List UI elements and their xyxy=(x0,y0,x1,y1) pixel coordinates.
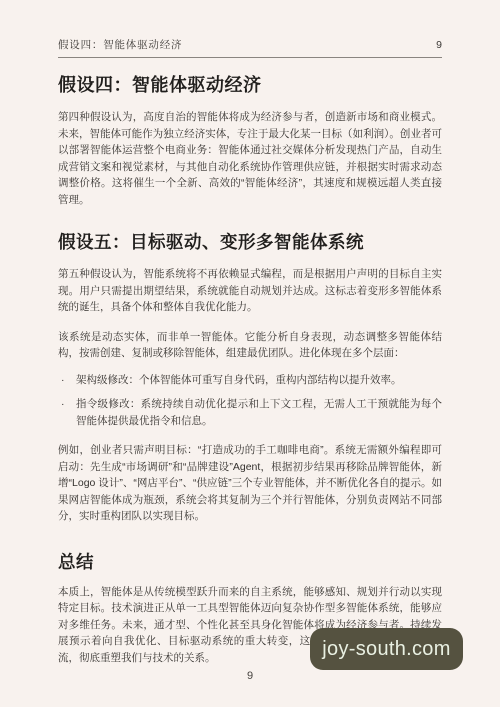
bullet-item: · 指令级修改：系统持续自动优化提示和上下文工程，无需人工干预就能为每个智能体提… xyxy=(58,396,442,429)
bullet-list: · 架构级修改：个体智能体可重写自身代码，重构内部结构以提升效率。 · 指令级修… xyxy=(58,372,442,430)
watermark-badge: joy-south.com xyxy=(310,628,463,670)
bullet-item-text: 指令级修改：系统持续自动优化提示和上下文工程，无需人工干预就能为每个智能体提供最… xyxy=(76,398,442,427)
section-5-heading: 假设五：目标驱动、变形多智能体系统 xyxy=(58,230,442,254)
watermark-label: joy-south.com xyxy=(322,638,450,661)
bullet-icon: · xyxy=(61,372,65,389)
footer-page-number: 9 xyxy=(58,670,442,682)
section-5-paragraph-2: 该系统是动态实体，而非单一智能体。它能分析自身表现，动态调整多智能体结构，按需创… xyxy=(58,329,442,362)
running-header-page-number: 9 xyxy=(436,39,442,51)
bullet-item-text: 架构级修改：个体智能体可重写自身代码，重构内部结构以提升效率。 xyxy=(76,374,402,386)
bullet-item: · 架构级修改：个体智能体可重写自身代码，重构内部结构以提升效率。 xyxy=(58,372,442,389)
section-4-paragraph: 第四种假设认为，高度自治的智能体将成为经济参与者，创造新市场和商业模式。未来，智… xyxy=(58,109,442,208)
running-header: 假设四：智能体驱动经济 9 xyxy=(58,37,442,58)
section-4-heading: 假设四：智能体驱动经济 xyxy=(58,73,442,97)
bullet-icon: · xyxy=(61,396,65,413)
section-5-paragraph-3: 例如，创业者只需声明目标：“打造成功的手工咖啡电商”。系统无需额外编程即可启动：… xyxy=(58,442,442,525)
running-header-title: 假设四：智能体驱动经济 xyxy=(58,37,182,52)
document-page: 假设四：智能体驱动经济 9 假设四：智能体驱动经济 第四种假设认为，高度自治的智… xyxy=(0,0,500,682)
section-5-paragraph-1: 第五种假设认为，智能系统将不再依赖显式编程，而是根据用户声明的目标自主实现。用户… xyxy=(58,266,442,316)
summary-heading: 总结 xyxy=(58,550,442,574)
